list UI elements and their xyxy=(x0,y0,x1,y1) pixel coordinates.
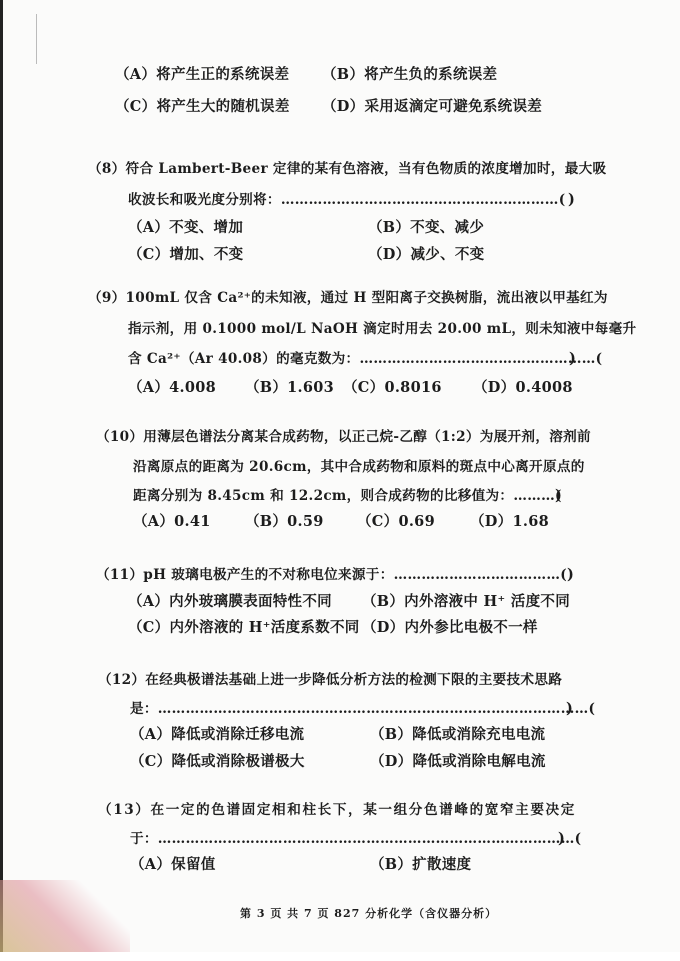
q11-option-b: （B）内外溶液中 H⁺ 活度不同 xyxy=(362,593,570,611)
q11-option-a: （A）内外玻璃膜表面特性不同 xyxy=(128,593,332,611)
q13-stem-line1: （13）在一定的色谱固定相和柱长下，某一组分色谱峰的宽窄主要决定 xyxy=(98,801,576,819)
q10-option-d: （D）1.68 xyxy=(470,513,549,531)
q11-stem-line1: （11）pH 玻璃电极产生的不对称电位来源于：………………………………( xyxy=(96,566,567,584)
q7-option-a: （A）将产生正的系统误差 xyxy=(115,66,289,84)
page-bottom-margin xyxy=(0,952,680,961)
q9-option-c: （C）0.8016 xyxy=(343,379,442,397)
q8-stem-line1: （8）符合 Lambert-Beer 定律的某有色溶液，当有色物质的浓度增加时，… xyxy=(88,160,606,178)
scan-stain xyxy=(0,880,130,952)
q10-option-a: （A）0.41 xyxy=(133,513,211,531)
q8-stem-line2: 收波长和吸光度分别将：……………………………………………………( xyxy=(128,191,565,209)
page-edge xyxy=(0,0,3,952)
q10-stem-line3: 距离分别为 8.45cm 和 12.2cm，则合成药物的比移值为：………( xyxy=(133,487,562,505)
q12-stem-line2: 是：…………………………………………………………………………………( xyxy=(130,700,595,718)
q9-option-d: （D）0.4008 xyxy=(473,379,573,397)
q11-answer-blank: ) xyxy=(567,566,574,583)
q11-option-c: （C）内外溶液的 H⁺活度系数不同 xyxy=(128,619,360,637)
q10-option-b: （B）0.59 xyxy=(245,513,324,531)
q10-stem-line2: 沿离原点的距离为 20.6cm，其中合成药物和原料的斑点中心离开原点的 xyxy=(133,458,585,476)
q7-option-d: （D）采用返滴定可避免系统误差 xyxy=(322,98,542,116)
q9-option-a: （A）4.008 xyxy=(128,379,216,397)
q10-stem-line1: （10）用薄层色谱法分离某合成药物，以正己烷-乙醇（1:2）为展开剂，溶剂前 xyxy=(96,428,591,446)
q12-option-a: （A）降低或消除迁移电流 xyxy=(130,726,304,744)
q9-stem-line1: （9）100mL 仅含 Ca²⁺的未知液，通过 H 型阳离子交换树脂，流出液以甲… xyxy=(88,289,608,307)
q8-option-c: （C）增加、不变 xyxy=(128,246,243,264)
q12-option-d: （D）降低或消除电解电流 xyxy=(370,753,546,771)
page-footer: 第 3 页 共 7 页 827 分析化学（含仪器分析） xyxy=(240,905,497,921)
q11-option-d: （D）内外参比电极不一样 xyxy=(362,619,538,637)
q9-stem-line3: 含 Ca²⁺（Ar 40.08）的毫克数为：……………………………………………( xyxy=(128,350,602,368)
q12-option-b: （B）降低或消除充电电流 xyxy=(370,726,545,744)
q13-option-a: （A）保留值 xyxy=(130,856,216,874)
q13-stem-line2: 于：………………………………………………………………………………( xyxy=(130,830,581,848)
q9-stem-line2: 指示剂，用 0.1000 mol/L NaOH 滴定时用去 20.00 mL，则… xyxy=(128,320,636,338)
scan-artifact xyxy=(36,14,37,64)
q8-answer-blank: ) xyxy=(568,191,575,208)
q13-answer-blank: ) xyxy=(558,830,565,847)
q13-option-b: （B）扩散速度 xyxy=(370,856,471,874)
q9-answer-blank: ) xyxy=(569,350,576,367)
q8-option-d: （D）减少、不变 xyxy=(368,246,484,264)
q10-option-c: （C）0.69 xyxy=(357,513,435,531)
q12-stem-line1: （12）在经典极谱法基础上进一步降低分析方法的检测下限的主要技术思路 xyxy=(98,671,562,689)
q10-answer-blank: ) xyxy=(555,487,562,504)
q7-option-b: （B）将产生负的系统误差 xyxy=(322,66,497,84)
q12-answer-blank: ) xyxy=(566,700,573,717)
q8-option-b: （B）不变、减少 xyxy=(368,219,484,237)
q9-option-b: （B）1.603 xyxy=(245,379,334,397)
q7-option-c: （C）将产生大的随机误差 xyxy=(115,98,290,116)
q12-option-c: （C）降低或消除极谱极大 xyxy=(130,753,305,771)
q8-option-a: （A）不变、增加 xyxy=(128,219,243,237)
